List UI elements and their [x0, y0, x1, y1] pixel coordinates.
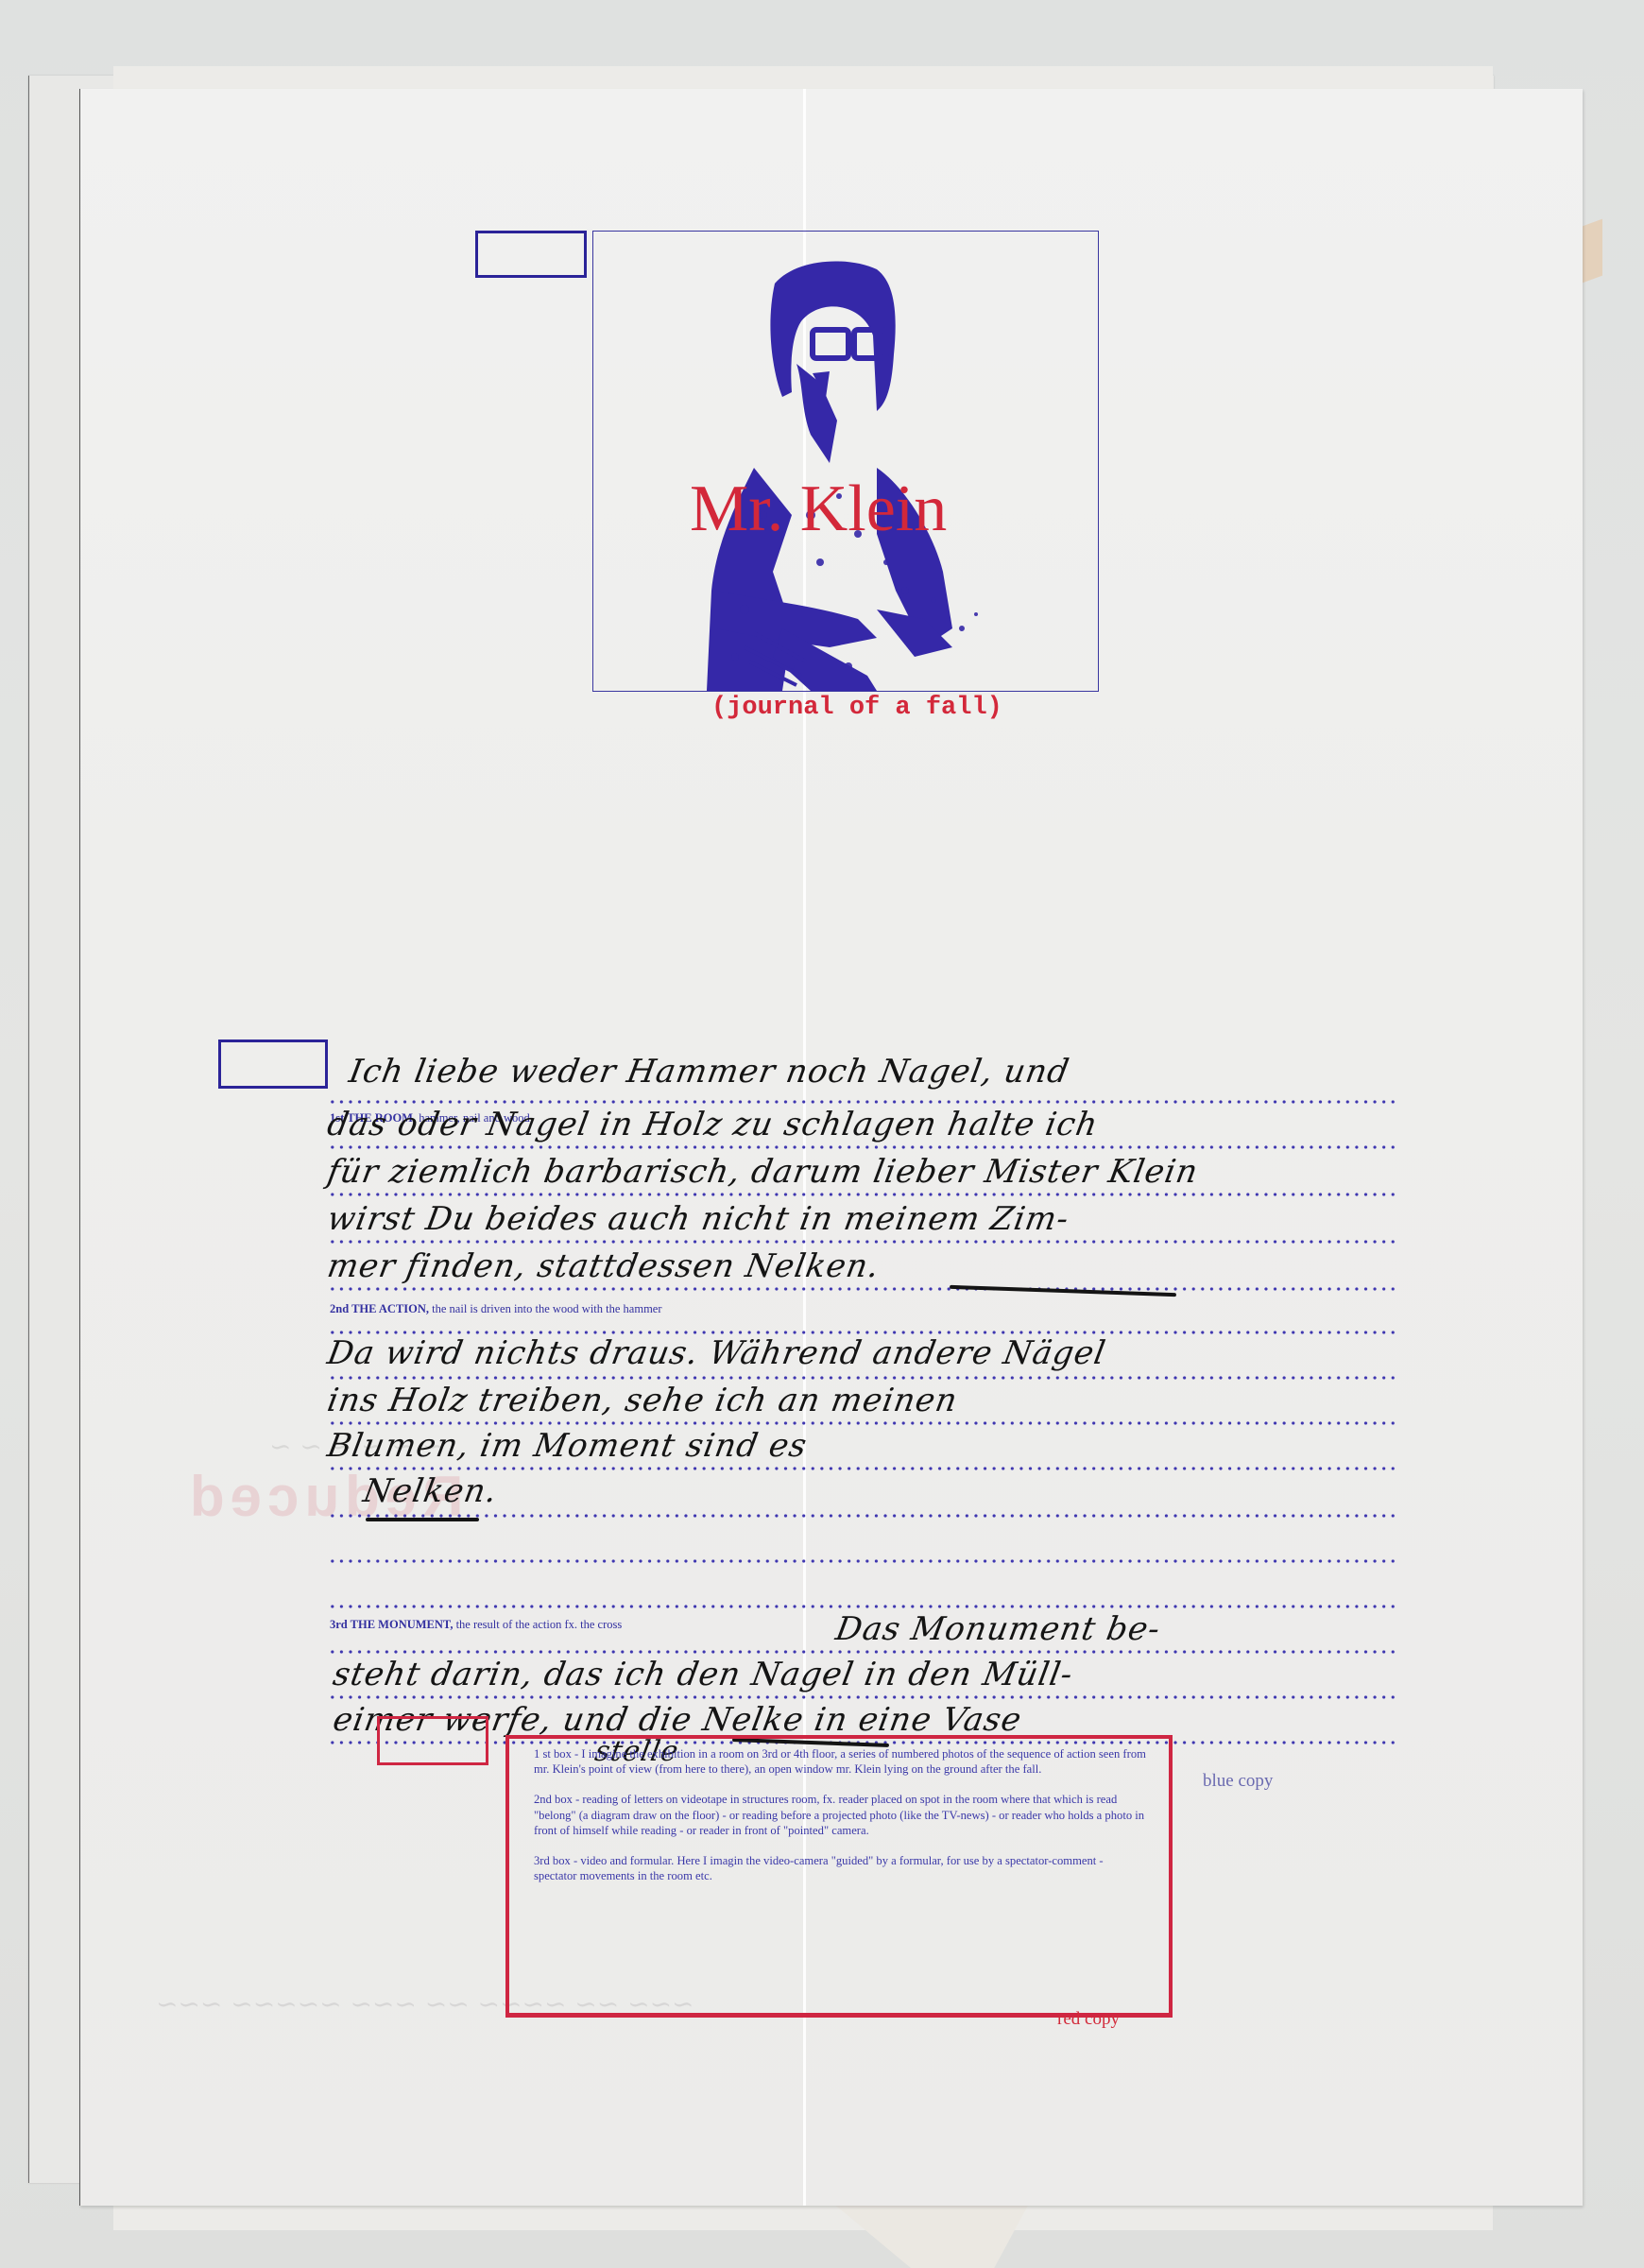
handwriting-line: Nelken. [360, 1472, 500, 1510]
portrait-illustration [593, 232, 1098, 691]
document-subtitle: (journal of a fall) [711, 694, 1002, 722]
dotted-line [328, 1145, 1396, 1149]
handwriting-line: Ich liebe weder Hammer noch Nagel, und [346, 1053, 1072, 1091]
note-paragraph-2: 2nd box - reading of letters on videotap… [534, 1792, 1148, 1838]
handwriting-line: Das Monument be- [832, 1610, 1163, 1648]
dotted-line [328, 1100, 1396, 1104]
dotted-line [328, 1376, 1396, 1380]
dotted-line [328, 1559, 1396, 1563]
section-2-heading: THE ACTION, [351, 1302, 429, 1315]
section-2-number: 2nd [330, 1302, 349, 1315]
blue-copy-label: blue copy [1203, 1771, 1273, 1792]
section-2-description: the nail is driven into the wood with th… [432, 1302, 661, 1315]
notes-text: 1 st box - I imagine the exhibition in a… [534, 1746, 1148, 1899]
handwriting-line: wirst Du beides auch nicht in meinem Zim… [324, 1200, 1071, 1238]
paper-tab [1580, 219, 1602, 284]
dotted-line [328, 1650, 1396, 1654]
portrait-frame [592, 231, 1099, 692]
handwriting-line: mer finden, stattdessen Nelken. [324, 1247, 882, 1285]
handwriting-line: Da wird nichts draus. Während andere Näg… [324, 1334, 1108, 1372]
note-paragraph-1: 1 st box - I imagine the exhibition in a… [534, 1746, 1148, 1777]
handwriting-line: das oder Nagel in Holz zu schlagen halte… [324, 1106, 1101, 1143]
checkbox-section-1[interactable] [218, 1039, 328, 1089]
notes-box: 1 st box - I imagine the exhibition in a… [505, 1735, 1173, 2018]
folded-paper-tab [831, 2202, 1030, 2268]
handwriting-line: steht darin, das ich den Nagel in den Mü… [330, 1656, 1076, 1693]
handwriting-underline [366, 1518, 479, 1521]
dotted-line [328, 1421, 1396, 1425]
dotted-line [328, 1240, 1396, 1244]
handwriting-line: Blumen, im Moment sind es [324, 1427, 810, 1465]
dotted-line [328, 1467, 1396, 1470]
section-3-description: the result of the action fx. the cross [456, 1618, 623, 1631]
handwriting-line: ins Holz treiben, sehe ich an meinen [324, 1382, 960, 1419]
section-3-heading: THE MONUMENT, [351, 1618, 454, 1631]
dotted-line [328, 1514, 1396, 1518]
document-page: Reduced ~ ~ ~ ~ ~ ~ ~~~ ~~ ~~~~ ~~ ~~~ ~… [79, 89, 1583, 2206]
document-title: Mr. Klein [690, 476, 947, 542]
dotted-line [328, 1695, 1396, 1699]
note-paragraph-3: 3rd box - video and formular. Here I ima… [534, 1853, 1148, 1883]
checkbox-red[interactable] [377, 1716, 488, 1765]
dotted-line [328, 1605, 1396, 1608]
section-3-number: 3rd [330, 1618, 348, 1631]
section-2-label: 2nd THE ACTION, the nail is driven into … [330, 1302, 662, 1316]
dotted-line [328, 1193, 1396, 1196]
red-copy-label: red copy [1057, 2009, 1120, 2030]
handwriting-line: für ziemlich barbarisch, darum lieber Mi… [324, 1153, 1201, 1191]
checkbox-header[interactable] [475, 231, 587, 278]
dotted-line [328, 1287, 1396, 1291]
section-3-label: 3rd THE MONUMENT, the result of the acti… [330, 1618, 622, 1632]
